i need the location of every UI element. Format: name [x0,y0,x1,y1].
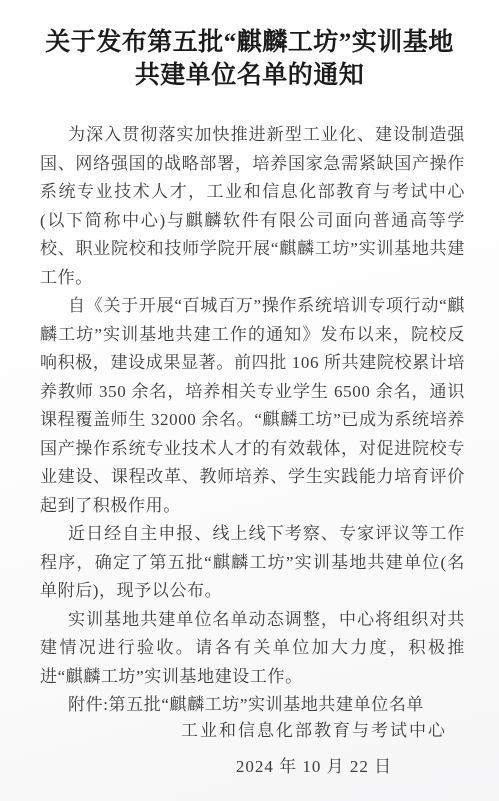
paragraph-3: 近日经自主申报、线上线下考察、专家评议等工作程序，确定了第五批“麒麟工坊”实训基… [40,520,465,606]
document-title-line-2: 共建单位名单的通知 [28,59,471,92]
signature-block: 工业和信息化部教育与考试中心 2024 年 10 月 22 日 [181,716,447,782]
paragraph-1: 为深入贯彻落实加快推进新型工业化、建设制造强国、网络强国的战略部署，培养国家急需… [40,121,465,292]
document-body: 为深入贯彻落实加快推进新型工业化、建设制造强国、网络强国的战略部署，培养国家急需… [40,121,465,720]
signature-date: 2024 年 10 月 22 日 [181,752,447,782]
document-title-line-1: 关于发布第五批“麒麟工坊”实训基地 [28,26,471,59]
notice-document-page: 关于发布第五批“麒麟工坊”实训基地 共建单位名单的通知 为深入贯彻落实加快推进新… [0,0,499,801]
document-title: 关于发布第五批“麒麟工坊”实训基地 共建单位名单的通知 [0,0,499,92]
paragraph-2: 自《关于开展“百城百万”操作系统培训专项行动“麒麟工坊”实训基地共建工作的通知》… [40,292,465,520]
paragraph-4: 实训基地共建单位名单动态调整，中心将组织对共建情况进行验收。请各有关单位加大力度… [40,606,465,692]
signature-issuer: 工业和信息化部教育与考试中心 [181,716,447,746]
